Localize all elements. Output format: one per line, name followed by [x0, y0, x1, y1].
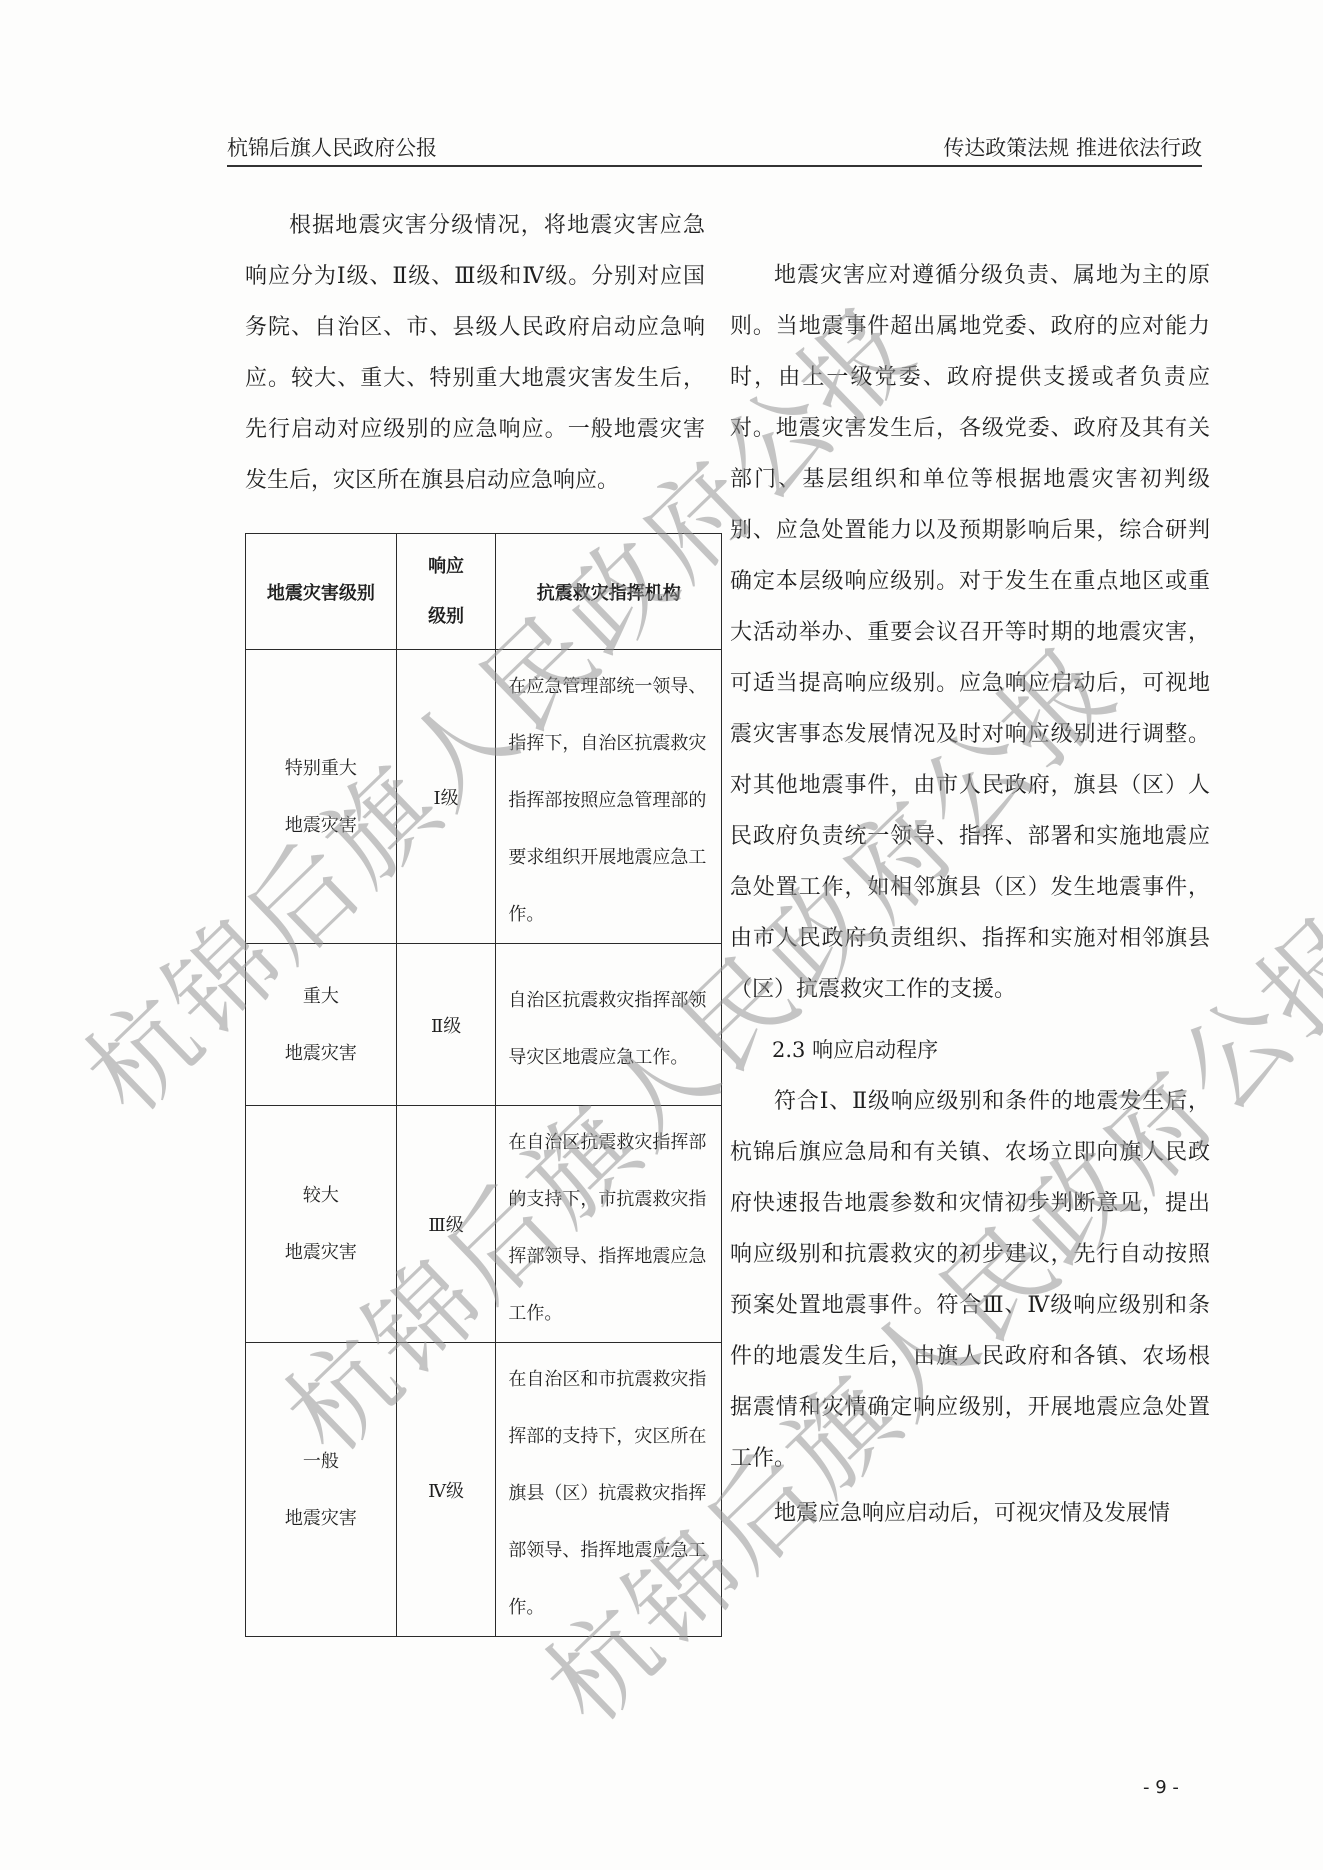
command-cell: 在自治区和市抗震救灾指挥部的支持下，灾区所在旗县（区）抗震救灾指挥部领导、指挥地… — [496, 1343, 722, 1637]
table-row: 较大 地震灾害 Ⅲ级 在自治区抗震救灾指挥部的支持下，市抗震救灾指挥部领导、指挥… — [246, 1106, 722, 1343]
disaster-level-cell: 较大 地震灾害 — [246, 1106, 397, 1343]
section-heading: 2.3 响应启动程序 — [730, 1025, 1210, 1076]
right-column: 地震灾害应对遵循分级负责、属地为主的原则。当地震事件超出属地党委、政府的应对能力… — [730, 250, 1210, 1539]
left-column: 根据地震灾害分级情况，将地震灾害应急响应分为Ⅰ级、Ⅱ级、Ⅲ级和Ⅳ级。分别对应国务… — [245, 200, 705, 506]
header-response-level: 响应 级别 — [396, 534, 496, 650]
page-number: - 9 - — [1143, 1777, 1179, 1798]
table-row: 一般 地震灾害 Ⅳ级 在自治区和市抗震救灾指挥部的支持下，灾区所在旗县（区）抗震… — [246, 1343, 722, 1637]
body-paragraph: 地震灾害应对遵循分级负责、属地为主的原则。当地震事件超出属地党委、政府的应对能力… — [730, 250, 1210, 1015]
body-paragraph: 符合Ⅰ、Ⅱ级响应级别和条件的地震发生后，杭锦后旗应急局和有关镇、农场立即向旗人民… — [730, 1076, 1210, 1484]
response-level-cell: Ⅱ级 — [396, 944, 496, 1106]
page-header: 杭锦后旗人民政府公报 传达政策法规 推进依法行政 — [227, 131, 1202, 167]
response-level-table: 地震灾害级别 响应 级别 抗震救灾指挥机构 特别重大 地震灾害 Ⅰ级 在应急管理… — [245, 533, 722, 1637]
body-paragraph: 地震应急响应启动后，可视灾情及发展情 — [730, 1488, 1210, 1539]
body-paragraph: 根据地震灾害分级情况，将地震灾害应急响应分为Ⅰ级、Ⅱ级、Ⅲ级和Ⅳ级。分别对应国务… — [245, 200, 705, 506]
command-cell: 自治区抗震救灾指挥部领导灾区地震应急工作。 — [496, 944, 722, 1106]
disaster-level-cell: 一般 地震灾害 — [246, 1343, 397, 1637]
disaster-level-cell: 特别重大 地震灾害 — [246, 650, 397, 944]
header-disaster-level: 地震灾害级别 — [246, 534, 397, 650]
response-level-cell: Ⅲ级 — [396, 1106, 496, 1343]
table-row: 重大 地震灾害 Ⅱ级 自治区抗震救灾指挥部领导灾区地震应急工作。 — [246, 944, 722, 1106]
table-header-row: 地震灾害级别 响应 级别 抗震救灾指挥机构 — [246, 534, 722, 650]
response-level-cell: Ⅰ级 — [396, 650, 496, 944]
command-cell: 在自治区抗震救灾指挥部的支持下，市抗震救灾指挥部领导、指挥地震应急工作。 — [496, 1106, 722, 1343]
publication-title: 杭锦后旗人民政府公报 — [227, 132, 437, 162]
table-row: 特别重大 地震灾害 Ⅰ级 在应急管理部统一领导、指挥下，自治区抗震救灾指挥部按照… — [246, 650, 722, 944]
header-command: 抗震救灾指挥机构 — [496, 534, 722, 650]
disaster-level-cell: 重大 地震灾害 — [246, 944, 397, 1106]
command-cell: 在应急管理部统一领导、指挥下，自治区抗震救灾指挥部按照应急管理部的要求组织开展地… — [496, 650, 722, 944]
response-level-cell: Ⅳ级 — [396, 1343, 496, 1637]
header-slogan: 传达政策法规 推进依法行政 — [943, 132, 1202, 162]
